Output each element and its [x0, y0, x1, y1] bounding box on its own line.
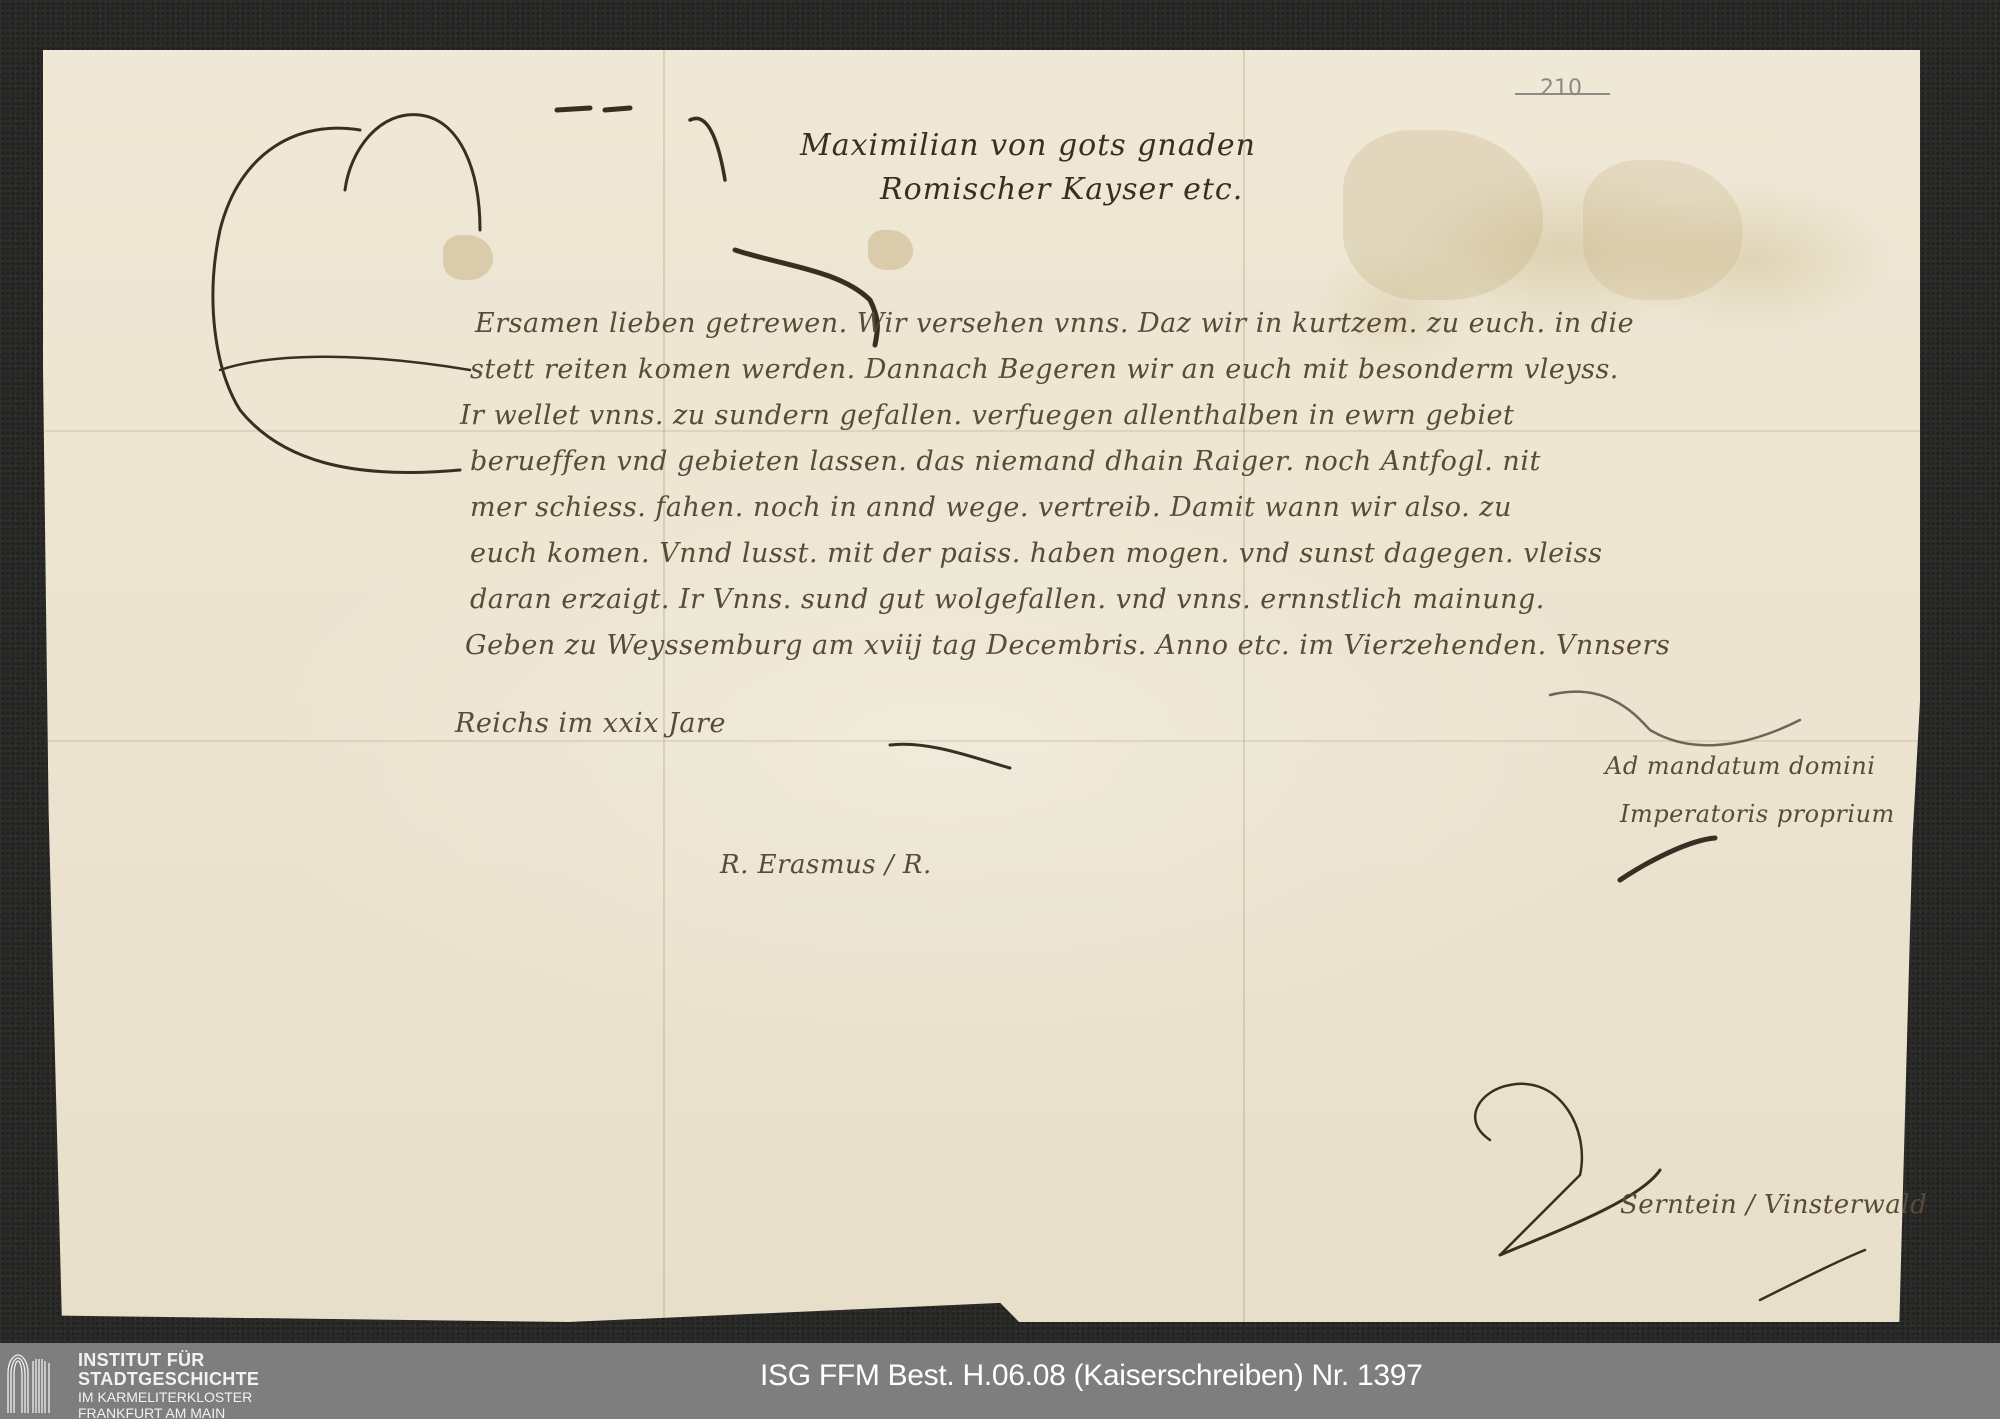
archive-signature-caption: ISG FFM Best. H.06.08 (Kaiserschreiben) … [760, 1359, 1423, 1393]
chancery-marks: R. Erasmus / R. [720, 850, 932, 880]
secretary-signature: Serntein / Vinsterwald [1620, 1190, 1927, 1220]
logo-line-3: IM KARMELITERKLOSTER [78, 1389, 259, 1405]
footer-bar: INSTITUT FÜR STADTGESCHICHTE IM KARMELIT… [0, 1343, 2000, 1419]
body-line-4: berueffen vnd gebieten lassen. das niema… [470, 446, 1541, 477]
body-line-6: euch komen. Vnnd lusst. mit der paiss. h… [470, 538, 1602, 569]
institute-logo-arch-icon [6, 1353, 52, 1413]
logo-line-2: STADTGESCHICHTE [78, 1370, 259, 1389]
logo-line-1: INSTITUT FÜR [78, 1351, 259, 1370]
heading-line-1: Maximilian von gots gnaden [800, 128, 1256, 163]
mandate-note-line-1: Ad mandatum domini [1605, 752, 1875, 780]
body-line-8: Geben zu Weyssemburg am xviij tag Decemb… [465, 630, 1670, 661]
mandate-note-line-2: Imperatoris proprium [1620, 800, 1895, 828]
logo-line-4: FRANKFURT AM MAIN [78, 1405, 259, 1419]
body-line-1: Ersamen lieben getrewen. Wir versehen vn… [475, 308, 1634, 339]
heading-line-2: Romischer Kayser etc. [880, 172, 1243, 207]
institute-logo-text: INSTITUT FÜR STADTGESCHICHTE IM KARMELIT… [78, 1351, 259, 1419]
body-line-9: Reichs im xxix Jare [455, 708, 726, 739]
body-line-2: stett reiten komen werden. Dannach Beger… [470, 354, 1619, 385]
body-line-5: mer schiess. fahen. noch in annd wege. v… [470, 492, 1512, 523]
body-line-3: Ir wellet vnns. zu sundern gefallen. ver… [460, 400, 1514, 431]
body-line-7: daran erzaigt. Ir Vnns. sund gut wolgefa… [470, 584, 1545, 615]
